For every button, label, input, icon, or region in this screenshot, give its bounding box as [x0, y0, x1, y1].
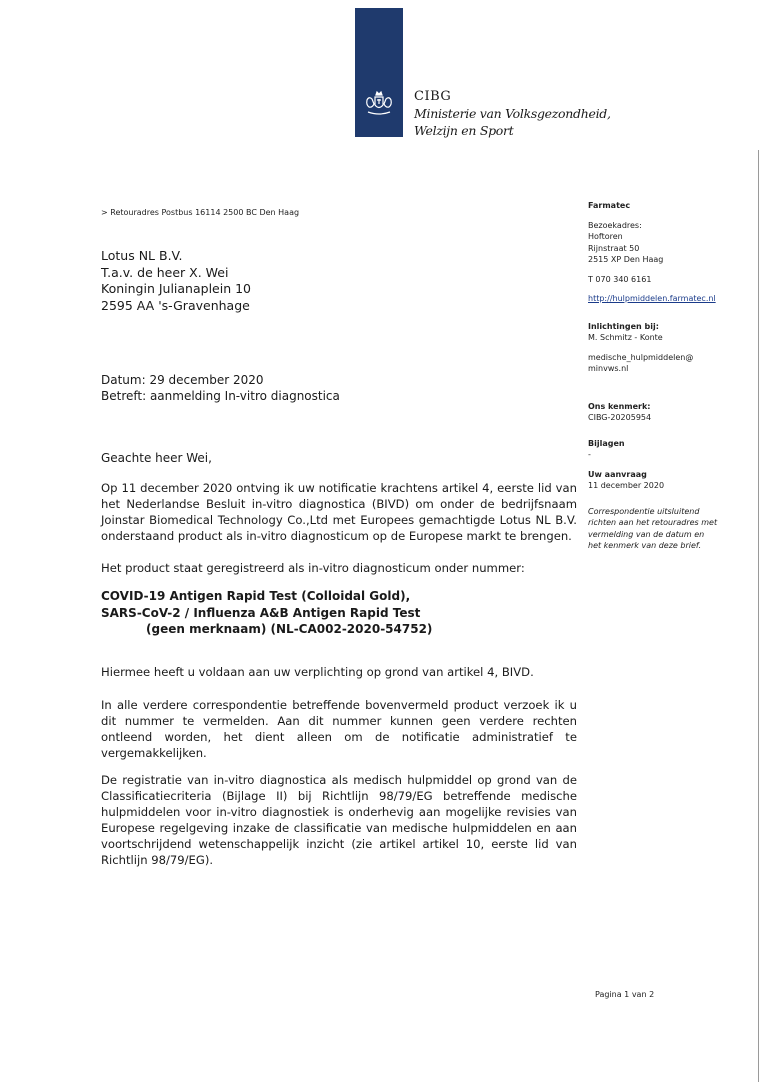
- contact-email-line1: medische_hulpmiddelen@: [588, 352, 738, 364]
- product-registration-number: (geen merknaam) (NL-CA002-2020-54752): [101, 621, 432, 638]
- contact-email-line2: minvws.nl: [588, 363, 738, 375]
- recipient-city: 2595 AA 's-Gravenhage: [101, 298, 251, 315]
- sender-sidebar: Farmatec Bezoekadres: Hoftoren Rijnstraa…: [588, 200, 738, 560]
- note-line3: vermelding van de datum en: [588, 529, 738, 541]
- paragraph-classification: De registratie van in-vitro diagnostica …: [101, 772, 577, 868]
- page-edge-line: [758, 150, 759, 1082]
- letter-meta: Datum: 29 december 2020 Betreft: aanmeld…: [101, 372, 340, 404]
- ministry-name-line2: Welzijn en Sport: [414, 122, 611, 139]
- attachments-label: Bijlagen: [588, 438, 738, 450]
- visit-address-line1: Hoftoren: [588, 231, 738, 243]
- note-line2: richten aan het retouradres met: [588, 517, 738, 529]
- reference-value: CIBG-20205954: [588, 412, 738, 424]
- recipient-address: Lotus NL B.V. T.a.v. de heer X. Wei Koni…: [101, 248, 251, 314]
- visit-address-line2: Rijnstraat 50: [588, 243, 738, 255]
- attachments-value: -: [588, 449, 738, 461]
- recipient-company: Lotus NL B.V.: [101, 248, 251, 265]
- request-label: Uw aanvraag: [588, 469, 738, 481]
- note-line1: Correspondentie uitsluitend: [588, 506, 738, 518]
- phone-number: T 070 340 6161: [588, 274, 738, 286]
- visit-address-label: Bezoekadres:: [588, 220, 738, 232]
- return-address: > Retouradres Postbus 16114 2500 BC Den …: [101, 208, 299, 217]
- visit-address-line3: 2515 XP Den Haag: [588, 254, 738, 266]
- product-name-line1: COVID-19 Antigen Rapid Test (Colloidal G…: [101, 588, 432, 605]
- note-line4: het kenmerk van deze brief.: [588, 540, 738, 552]
- recipient-attention: T.a.v. de heer X. Wei: [101, 265, 251, 282]
- info-contact-name: M. Schmitz - Konte: [588, 332, 738, 344]
- correspondence-note: Correspondentie uitsluitend richten aan …: [588, 506, 738, 552]
- salutation: Geachte heer Wei,: [101, 451, 212, 465]
- coat-of-arms-icon: [363, 90, 395, 120]
- product-registration: COVID-19 Antigen Rapid Test (Colloidal G…: [101, 588, 432, 638]
- ministry-name-line1: Ministerie van Volksgezondheid,: [414, 105, 611, 122]
- product-name-line2: SARS-CoV-2 / Influenza A&B Antigen Rapid…: [101, 605, 432, 622]
- paragraph-registration-intro: Het product staat geregistreerd als in-v…: [101, 560, 577, 576]
- paragraph-obligation: Hiermee heeft u voldaan aan uw verplicht…: [101, 664, 577, 680]
- recipient-street: Koningin Julianaplein 10: [101, 281, 251, 298]
- page-indicator: Pagina 1 van 2: [595, 990, 654, 999]
- paragraph-notification: Op 11 december 2020 ontving ik uw notifi…: [101, 480, 577, 544]
- paragraph-correspondence: In alle verdere correspondentie betreffe…: [101, 697, 577, 761]
- reference-label: Ons kenmerk:: [588, 401, 738, 413]
- organization-name: CIBG: [414, 88, 611, 105]
- request-date: 11 december 2020: [588, 480, 738, 492]
- department-name: Farmatec: [588, 200, 738, 212]
- letter-date: Datum: 29 december 2020: [101, 372, 340, 388]
- ministry-logo-text: CIBG Ministerie van Volksgezondheid, Wel…: [414, 88, 611, 139]
- info-label: Inlichtingen bij:: [588, 321, 738, 333]
- letter-subject: Betreft: aanmelding In-vitro diagnostica: [101, 388, 340, 404]
- website-link[interactable]: http://hulpmiddelen.farmatec.nl: [588, 294, 716, 303]
- ministry-logo-bar: [355, 8, 403, 137]
